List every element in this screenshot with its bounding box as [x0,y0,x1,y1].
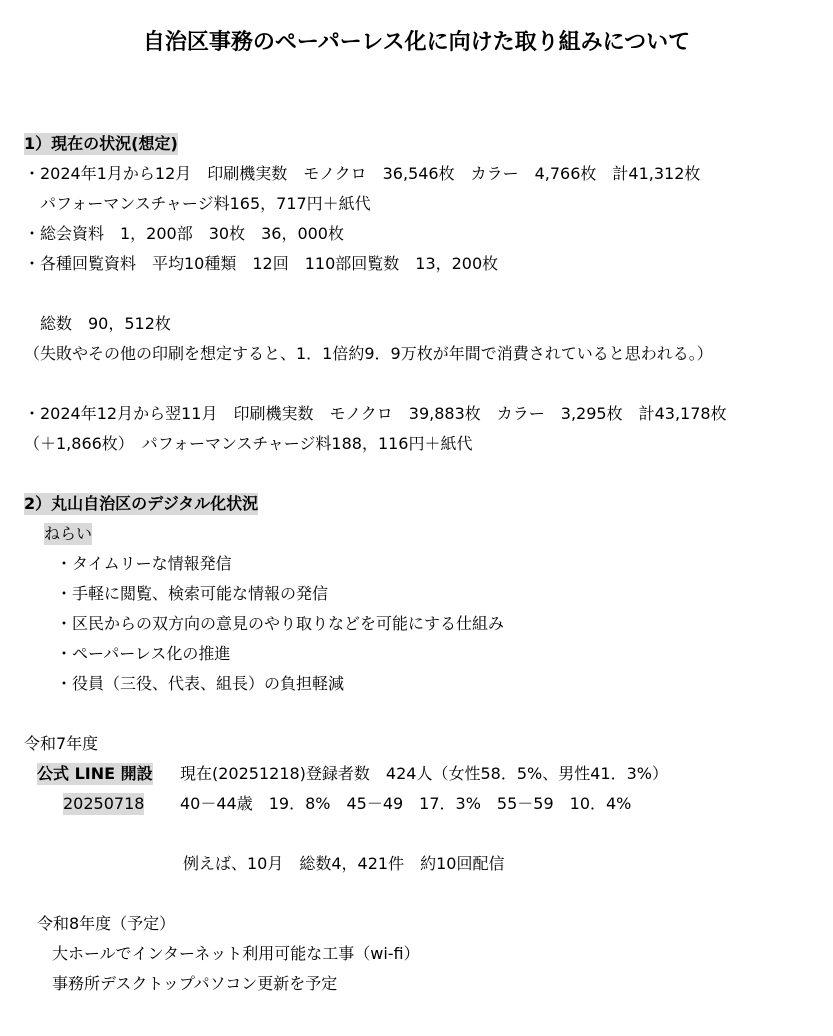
r8-item: 事務所デスクトップパソコン更新を予定 [52,973,337,995]
section2-heading: 2）丸山自治区のデジタル化状況 [24,493,258,515]
aim-item: ・タイムリーな情報発信 [56,553,232,575]
line-official-label: 公式 LINE 開設 [37,763,153,785]
document-title: 自治区事務のペーパーレス化に向けた取り組みについて [0,28,833,58]
section1-line: ・2024年1月から12月 印刷機実数 モノクロ 36,546枚 カラー 4,7… [24,163,700,185]
section1-line2: （＋1,866枚） パフォーマンスチャージ料188，116円＋紙代 [24,433,472,455]
section1-note: （失敗やその他の印刷を想定すると、1．1倍約9．9万枚が年間で消費されていると思… [24,343,713,365]
aim-label: ねらい [44,523,92,545]
section1-heading: 1）現在の状況(想定) [24,133,178,155]
aim-item: ・区民からの双方向の意見のやり取りなどを可能にする仕組み [56,613,504,635]
line-example: 例えば、10月 総数4，421件 約10回配信 [183,853,504,875]
section1-line: パフォーマンスチャージ料165，717円＋紙代 [24,193,371,215]
section1-line2: ・2024年12月から翌11月 印刷機実数 モノクロ 39,883枚 カラー 3… [24,403,727,425]
line-registrants: 現在(20251218)登録者数 424人（女性58．5%、男性41．3%） [180,763,668,785]
section1-line: ・各種回覧資料 平均10種類 12回 110部回覧数 13，200枚 [24,253,498,275]
r8-item: 大ホールでインターネット利用可能な工事（wi-fi） [52,943,420,965]
line-open-date: 20250718 [63,793,144,815]
line-age-breakdown: 40－44歳 19．8% 45－49 17．3% 55－59 10．4% [180,793,631,815]
r7-label: 令和7年度 [24,733,98,755]
section1-total: 総数 90，512枚 [24,313,171,335]
aim-item: ・手軽に閲覧、検索可能な情報の発信 [56,583,328,605]
r8-label: 令和8年度（予定） [37,913,175,935]
aim-item: ・役員（三役、代表、組長）の負担軽減 [56,673,344,695]
section1-line: ・総会資料 1，200部 30枚 36，000枚 [24,223,344,245]
aim-item: ・ペーパーレス化の推進 [56,643,230,665]
